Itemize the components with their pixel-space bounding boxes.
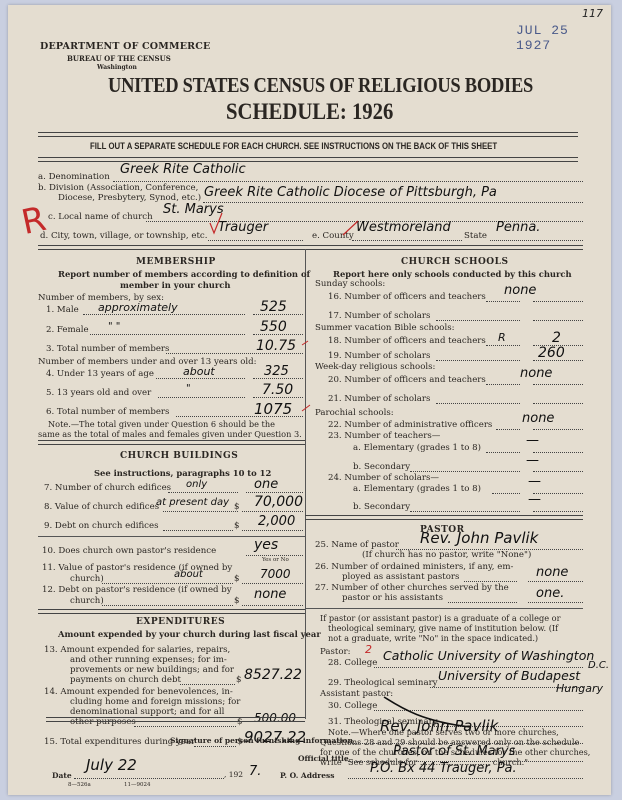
residence-value-label-2: church) (70, 574, 104, 585)
expenditures-subheading: Amount expended by your church during la… (58, 629, 321, 639)
q23b-value[interactable]: — (526, 453, 539, 468)
divider (38, 609, 305, 614)
total-members-count[interactable]: 10.75 (256, 338, 296, 354)
q28-label: 28. College (328, 658, 377, 669)
dotted-line (464, 581, 517, 582)
female-count[interactable]: 550 (260, 319, 287, 335)
print-code: 11—9024 (124, 782, 151, 788)
over-13-note: " (186, 383, 191, 394)
q16-label: 16. Number of officers and teachers (328, 292, 486, 303)
divider (38, 132, 578, 137)
seminary-value[interactable]: University of Budapest (438, 668, 580, 683)
currency-symbol: $ (234, 521, 239, 532)
dotted-line (436, 360, 520, 361)
edifices-count-label: 7. Number of church edifices (44, 483, 171, 494)
q16-value[interactable]: none (504, 283, 536, 298)
membership-subheading-2: member in your church (120, 280, 231, 290)
dotted-line (410, 511, 520, 512)
edifices-value-label: 8. Value of church edifices (44, 502, 159, 513)
dotted-line (246, 555, 303, 556)
under-13-label: 4. Under 13 years of age (46, 369, 154, 380)
q19-value[interactable]: 260 (538, 345, 565, 361)
q18-note: R (498, 331, 506, 344)
item13-line-4: payments on church debt (70, 675, 181, 686)
edifices-value-amount[interactable]: 70,000 (254, 494, 303, 510)
dotted-line (194, 746, 236, 747)
dotted-line (492, 493, 520, 494)
currency-symbol: $ (236, 675, 241, 686)
over-13-label: 5. 13 years old and over (46, 388, 151, 399)
residence-debt-label-2: church) (70, 596, 104, 607)
local-name-label: c. Local name of church (48, 212, 153, 223)
q23a-label: a. Elementary (grades 1 to 8) (353, 443, 481, 454)
year-prefix: , 192 (224, 769, 243, 780)
under-13-count[interactable]: 325 (264, 364, 289, 379)
church-schools-subheading: Report here only schools conducted by th… (333, 269, 572, 279)
q26-value[interactable]: none (536, 565, 568, 580)
currency-symbol: $ (234, 596, 239, 607)
by-age-label: Number of members under and over 13 year… (38, 357, 257, 368)
q26-label-2: ployed as assistant pastors (342, 572, 459, 583)
membership-heading: MEMBERSHIP (136, 257, 216, 267)
q24a-value[interactable]: — (528, 474, 541, 489)
residence-value-amount[interactable]: 7000 (260, 567, 291, 581)
female-note: " " (108, 321, 120, 332)
q18-label: 18. Number of officers and teachers (328, 336, 486, 347)
q18-value[interactable]: 2 (552, 330, 561, 346)
female-label: 2. Female (46, 325, 89, 336)
q27-value[interactable]: one. (536, 586, 564, 601)
q19-label: 19. Number of scholars (328, 351, 430, 362)
total-members-age-label: 6. Total number of members (46, 407, 169, 418)
residence-value-label: 11. Value of pastor's residence (if owne… (42, 563, 232, 574)
weekday-schools-label: Week-day religious schools: (315, 362, 435, 373)
graduate-note-2: theological seminary, give name of insti… (328, 623, 558, 634)
edifices-count-value[interactable]: one (254, 477, 278, 492)
sunday-schools-label: Sunday schools: (315, 279, 385, 290)
over-13-count[interactable]: 7.50 (262, 382, 293, 398)
q17-label: 17. Number of scholars (328, 311, 430, 322)
bureau-name: BUREAU OF THE CENSUS (67, 54, 171, 63)
membership-note-1: Note.—The total given under Question 6 s… (48, 419, 275, 430)
edifices-debt-label: 9. Debt on church edifices (44, 521, 158, 532)
membership-subheading-1: Report number of members according to de… (58, 269, 310, 279)
q22-label: 22. Number of administrative officers (328, 420, 492, 431)
dotted-line (134, 726, 236, 727)
dotted-line (348, 778, 583, 779)
po-address-label: P. O. Address (280, 770, 334, 781)
city-name: Washington (97, 64, 137, 71)
dotted-line (90, 334, 245, 335)
red-check-marks (208, 205, 358, 245)
dotted-line (533, 320, 583, 321)
q29-label: 29. Theological seminary (328, 678, 438, 689)
divider (305, 515, 583, 520)
dotted-line (436, 403, 520, 404)
dotted-line (156, 378, 245, 379)
currency-symbol: $ (234, 574, 239, 585)
church-buildings-subheading: See instructions, paragraphs 10 to 12 (94, 468, 271, 478)
expenditures-heading: EXPENDITURES (136, 617, 225, 627)
dotted-line (242, 583, 303, 584)
pastor-name[interactable]: Rev. John Pavlik (420, 529, 538, 547)
dotted-line (246, 492, 303, 493)
residence-debt-label: 12. Debt on pastor's residence (if owned… (42, 585, 232, 596)
q23a-value[interactable]: — (526, 433, 539, 448)
graduate-note-3: not a graduate, write "No" in the space … (328, 633, 538, 644)
dotted-line (242, 511, 303, 512)
official-title-value[interactable]: Pastor of St. Marys (393, 744, 515, 759)
dotted-line (528, 602, 583, 603)
form-title: UNITED STATES CENSUS OF RELIGIOUS BODIES (108, 73, 533, 98)
date-value[interactable]: July 22 (86, 756, 137, 774)
dotted-line (486, 301, 520, 302)
signature-value[interactable]: Rev. John Pavlik (380, 717, 498, 735)
schedule-title: SCHEDULE: 1926 (226, 99, 393, 125)
red-tick-marks (300, 331, 316, 421)
dotted-line (528, 581, 583, 582)
q27-label-2: pastor or his assistants (342, 593, 443, 604)
denomination-value[interactable]: Greek Rite Catholic (120, 162, 246, 177)
dotted-line (410, 471, 520, 472)
dotted-line (448, 602, 517, 603)
department-name: DEPARTMENT OF COMMERCE (40, 41, 210, 52)
dotted-line (533, 429, 583, 430)
division-value[interactable]: Greek Rite Catholic Diocese of Pittsburg… (204, 185, 497, 200)
dotted-line (158, 397, 245, 398)
owns-residence-label: 10. Does church own pastor's residence (42, 546, 216, 557)
dotted-line (486, 345, 520, 346)
church-buildings-heading: CHURCH BUILDINGS (120, 451, 238, 461)
state-value[interactable]: Penna. (496, 220, 540, 235)
membership-note-2: same as the total of males and females g… (38, 429, 302, 440)
dotted-line (490, 240, 583, 241)
summer-schools-label: Summer vacation Bible schools: (315, 323, 455, 334)
state-label: State (464, 231, 487, 242)
dotted-line (203, 202, 583, 203)
year-suffix[interactable]: 7. (249, 764, 261, 779)
q25-hint: (If church has no pastor, write "None") (362, 550, 531, 561)
q24-label: 24. Number of scholars— (328, 473, 439, 484)
dotted-line (533, 403, 583, 404)
q24a-label: a. Elementary (grades 1 to 8) (353, 484, 481, 495)
total-members-age-count[interactable]: 1075 (254, 400, 292, 418)
dotted-line (83, 314, 245, 315)
seminary-value-2[interactable]: Hungary (556, 682, 603, 695)
q24b-label: b. Secondary (353, 502, 410, 513)
dotted-line (168, 492, 238, 493)
item13-amount[interactable]: 8527.22 (244, 667, 302, 683)
divider (38, 440, 305, 445)
dotted-line (533, 511, 583, 512)
q20-label: 20. Number of officers and teachers (328, 375, 486, 386)
college-value[interactable]: Catholic University of Washington (383, 648, 594, 663)
dotted-line (74, 778, 224, 779)
dotted-line (533, 471, 583, 472)
form-number: 8—526a (68, 782, 91, 788)
currency-symbol: $ (234, 502, 239, 513)
denomination-label: a. Denomination (38, 172, 110, 183)
dotted-line (486, 452, 520, 453)
county-value[interactable]: Westmoreland (356, 220, 451, 235)
dotted-line (533, 301, 583, 302)
residence-value-note: about (174, 569, 203, 580)
college-value-2[interactable]: D.C. (588, 660, 609, 671)
male-note: approximately (98, 301, 178, 314)
received-date-stamp: JUL 25 1927 (516, 23, 611, 53)
dotted-line (533, 452, 583, 453)
edifices-count-note: only (186, 479, 207, 490)
dotted-line (180, 684, 235, 685)
edifices-debt-amount[interactable]: 2,000 (258, 514, 295, 529)
q30-label: 30. College (328, 701, 377, 712)
pastor-label: Pastor: (320, 647, 351, 658)
dotted-line (352, 240, 462, 241)
q24b-value[interactable]: — (528, 492, 541, 507)
edifices-value-note: at present day (156, 497, 229, 508)
q23b-label: b. Secondary (353, 462, 410, 473)
dotted-line (102, 605, 233, 606)
red-margin-mark: R (18, 199, 49, 243)
parochial-schools-label: Parochial schools: (315, 408, 394, 419)
signature-label: Signature of person furnishing informati… (170, 735, 353, 746)
dotted-line (242, 530, 303, 531)
instructions-banner: FILL OUT A SEPARATE SCHEDULE FOR EACH CH… (90, 141, 497, 152)
under-13-note: about (183, 365, 215, 378)
dotted-line (533, 384, 583, 385)
column-divider (305, 249, 306, 719)
divider (46, 717, 305, 722)
dotted-line (163, 511, 238, 512)
dotted-line (163, 530, 233, 531)
dotted-line (486, 384, 520, 385)
dotted-line (113, 181, 583, 182)
po-address-value[interactable]: P.O. Bx 44 Trauger, Pa. (370, 761, 517, 776)
q23-label: 23. Number of teachers— (328, 431, 440, 442)
dotted-line (496, 429, 520, 430)
residence-debt-amount[interactable]: none (254, 587, 286, 602)
divider (38, 245, 583, 250)
dotted-line (436, 320, 520, 321)
dotted-line (102, 583, 233, 584)
divider (38, 157, 578, 162)
owns-residence-value[interactable]: yes (254, 537, 278, 553)
date-label: Date (52, 770, 72, 781)
q22-value[interactable]: none (522, 411, 554, 426)
male-label: 1. Male (46, 305, 79, 316)
city-label: d. City, town, village, or township, etc… (40, 231, 207, 242)
q21-label: 21. Number of scholars (328, 394, 430, 405)
total-members-label: 3. Total number of members (46, 344, 169, 355)
census-form-sheet: 117 JUL 25 1927 DEPARTMENT OF COMMERCE B… (8, 5, 611, 795)
graduate-note-1: If pastor (or assistant pastor) is a gra… (320, 613, 561, 624)
yes-no-hint: Yes or No (262, 557, 289, 563)
pastor-red-mark: 2 (365, 643, 372, 656)
dotted-line (242, 605, 303, 606)
page-number: 117 (582, 7, 603, 20)
male-count[interactable]: 525 (260, 299, 287, 315)
divider (305, 608, 583, 609)
church-schools-heading: CHURCH SCHOOLS (401, 257, 508, 267)
official-title-label: Official title (298, 753, 349, 764)
q20-value[interactable]: none (520, 366, 552, 381)
